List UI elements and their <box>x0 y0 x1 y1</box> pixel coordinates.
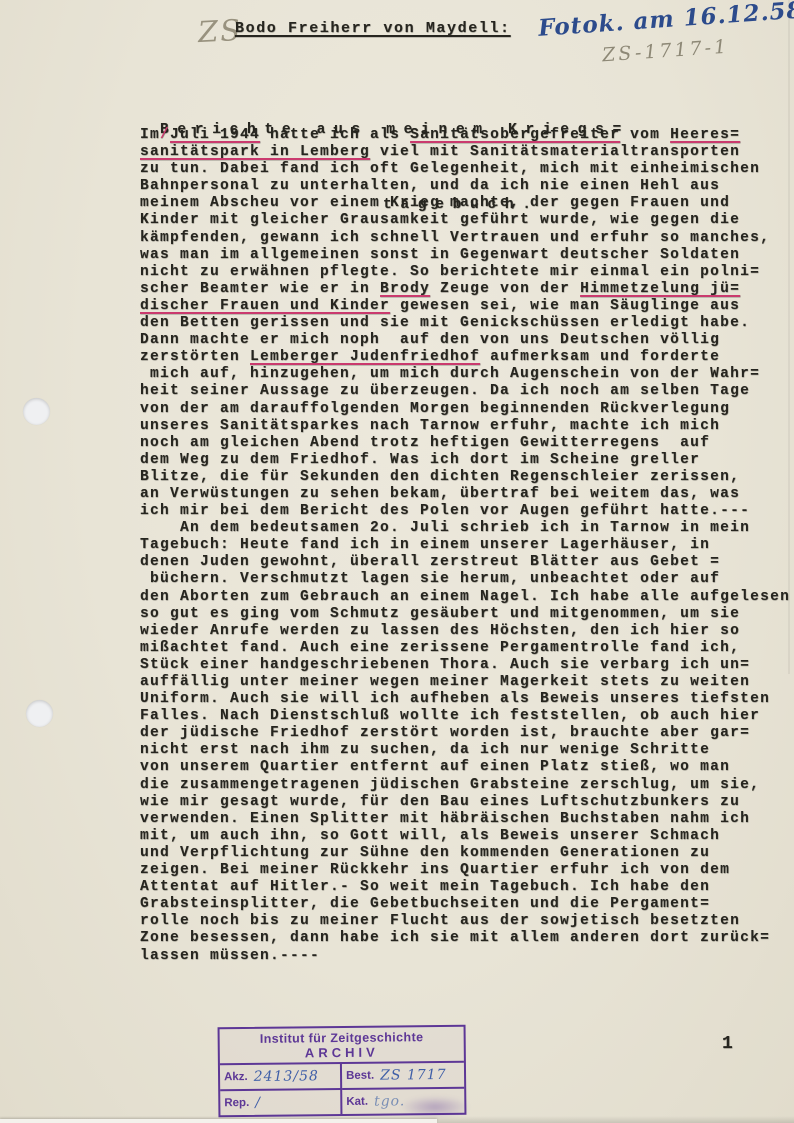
body-line: wie mir gesagt wurde, für den Bau eines … <box>140 794 794 811</box>
body-line: Zone besessen, dann habe ich sie mit all… <box>140 930 794 947</box>
author-heading: Bodo Freiherr von Maydell: <box>235 20 511 37</box>
body-line: rolle noch bis zu meiner Flucht aus der … <box>140 913 794 930</box>
stamp-rep-value: / <box>255 1095 261 1111</box>
body-line: nicht erst nach ihm zu suchen, da ich nu… <box>140 742 794 759</box>
body-line: die zusammengetragenen jüdischen Grabste… <box>140 777 794 794</box>
page-number: 1 <box>722 1034 733 1054</box>
body-line: meinem Abscheu vor einem Krieg machte, d… <box>140 195 794 212</box>
stamp-kat-label: Kat. <box>346 1096 368 1108</box>
body-line: büchern. Verschmutzt lagen sie herum, un… <box>140 571 794 588</box>
body-line: lassen müssen.---- <box>140 948 794 965</box>
stamp-best-value: ZS 1717 <box>380 1067 447 1084</box>
stamp-akz-value: 2413/58 <box>254 1068 319 1085</box>
body-line: Im/Juli 1944 hatte ich als Sanitätsoberg… <box>140 127 794 144</box>
body-line: nicht zu erwähnen pflegte. So berichtete… <box>140 264 794 281</box>
body-line: Tagebuch: Heute fand ich in einem unsere… <box>140 537 794 554</box>
body-line: mißachtet fand. Auch eine zerissene Perg… <box>140 640 794 657</box>
body-line: Dann machte er mich noph auf den von uns… <box>140 332 794 349</box>
body-line: von der am darauffolgenden Morgen beginn… <box>140 401 794 418</box>
punch-hole-top <box>23 398 50 425</box>
body-line: den Aborten zum Gebrauch an einem Nagel.… <box>140 589 794 606</box>
body-line: zu tun. Dabei fand ich oft Gelegenheit, … <box>140 161 794 178</box>
body-line: wieder Anrufe werden zu lassen des Höchs… <box>140 623 794 640</box>
body-line: sanitätspark in Lemberg viel mit Sanität… <box>140 144 794 161</box>
stamp-akz-label: Akz. <box>224 1071 248 1083</box>
body-line: Attentat auf Hitler.- So weit mein Tageb… <box>140 879 794 896</box>
body-line: an Verwüstungen zu sehen bekam, übertraf… <box>140 486 794 503</box>
body-line: Stück einer handgeschriebenen Thora. Auc… <box>140 657 794 674</box>
body-line: noch am gleichen Abend trotz heftigen Ge… <box>140 435 794 452</box>
stamp-best-label: Best. <box>346 1070 374 1082</box>
scanned-document-page: ZS Bodo Freiherr von Maydell: Fotok. am … <box>0 0 794 1123</box>
body-line: Falles. Nach Dienstschluß wollte ich fes… <box>140 708 794 725</box>
stamp-ink-smudge <box>400 1096 470 1118</box>
body-line: denen Juden gewohnt, überall zerstreut B… <box>140 554 794 571</box>
body-line: auffällig unter meiner wegen meiner Mage… <box>140 674 794 691</box>
body-line: Kinder mit gleicher Grausamkeit geführt … <box>140 212 794 229</box>
stamp-rep-label: Rep. <box>224 1097 249 1109</box>
body-line: und Verpflichtung zur Sühne den kommende… <box>140 845 794 862</box>
stamp-akz-cell: Akz. 2413/58 <box>220 1064 342 1091</box>
body-line: An dem bedeutsamen 2o. Juli schrieb ich … <box>140 520 794 537</box>
body-line: Bahnpersonal zu unterhalten, und da ich … <box>140 178 794 195</box>
stamp-archive-label: ARCHIV <box>222 1044 462 1062</box>
body-line: unseres Sanitätsparkes nach Tarnow erfuh… <box>140 418 794 435</box>
body-line: scher Beamter wie er in Brody Zeuge von … <box>140 281 794 298</box>
body-line: der jüdische Friedhof zerstört worden is… <box>140 725 794 742</box>
punch-hole-bottom <box>26 700 53 727</box>
body-line: Blitze, die für Sekunden den dichten Reg… <box>140 469 794 486</box>
photo-date-note: Fotok. am 16.12.58/Ju. <box>537 0 794 42</box>
body-line: discher Frauen und Kinder gewesen sei, w… <box>140 298 794 315</box>
body-line: den Betten gerissen und sie mit Genicksc… <box>140 315 794 332</box>
body-line: mit, um auch ihn, so Gott will, als Bewe… <box>140 828 794 845</box>
body-line: zerstörten Lemberger Judenfriedhof aufme… <box>140 349 794 366</box>
body-line: Uniform. Auch sie will ich aufheben als … <box>140 691 794 708</box>
stamp-rep-cell: Rep. / <box>220 1090 342 1115</box>
body-line: dem Weg zu dem Friedhof. Was ich dort im… <box>140 452 794 469</box>
body-line: zeigen. Bei meiner Rückkehr ins Quartier… <box>140 862 794 879</box>
body-line: Grabsteinsplitter, die Gebetbuchseiten u… <box>140 896 794 913</box>
body-line: von unserem Quartier entfernt auf einen … <box>140 759 794 776</box>
body-line: so gut es ging vom Schmutz gesäubert und… <box>140 606 794 623</box>
typescript-body: Im/Juli 1944 hatte ich als Sanitätsoberg… <box>140 127 794 965</box>
scan-edge-right <box>788 0 790 674</box>
body-line: was man im allgemeinen sonst in Gegenwar… <box>140 247 794 264</box>
body-line: verwenden. Einen Splitter mit häbräische… <box>140 811 794 828</box>
body-line: kämpfenden, gewann ich schnell Vertrauen… <box>140 230 794 247</box>
body-line: mich auf, hinzugehen, um mich durch Auge… <box>140 366 794 383</box>
archive-file-number: ZS-1717-1 <box>601 36 729 67</box>
body-line: ich mir bei dem Bericht des Polen vor Au… <box>140 503 794 520</box>
scan-edge-bottom-light <box>0 1119 437 1123</box>
stamp-header: Institut für Zeitgeschichte ARCHIV <box>220 1027 464 1066</box>
stamp-best-cell: Best. ZS 1717 <box>342 1063 464 1090</box>
body-line: heit seiner Aussage zu überzeugen. Da ic… <box>140 383 794 400</box>
